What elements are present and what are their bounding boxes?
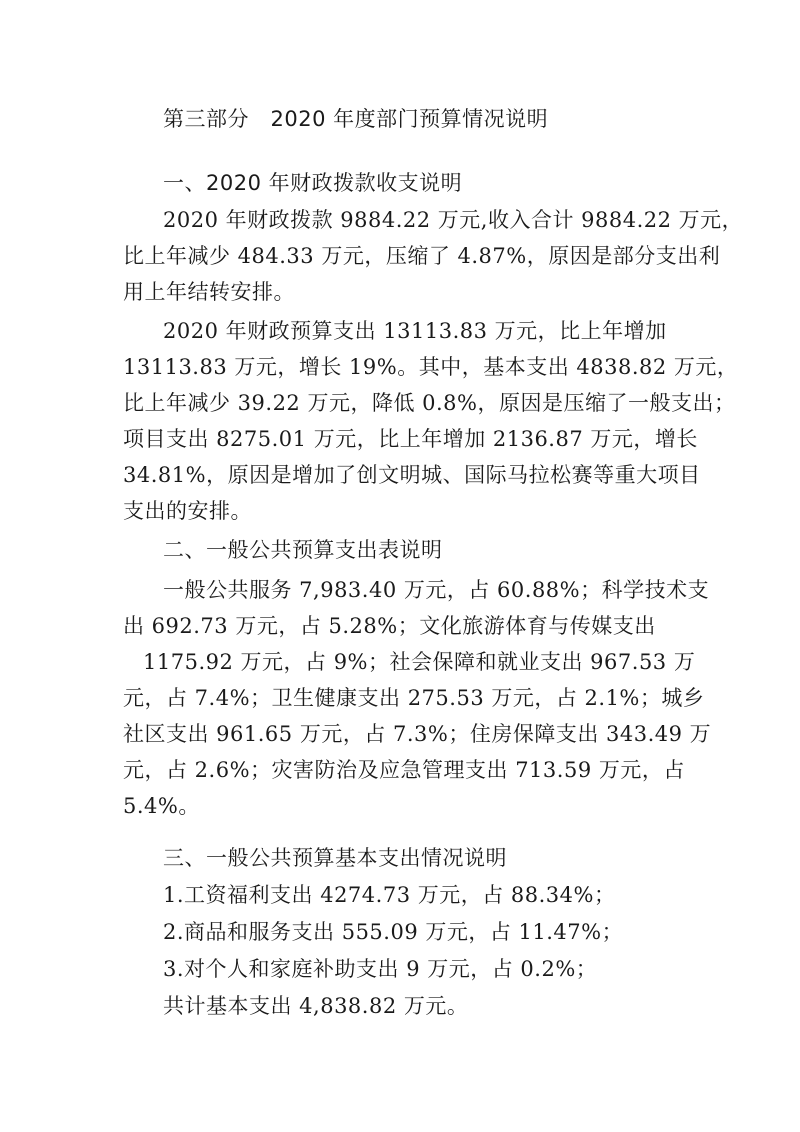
- paragraph-line: 2020 年财政拨款 9884.22 万元,收入合计 9884.22 万元，: [163, 205, 655, 235]
- paragraph-line: 比上年减少 39.22 万元，降低 0.8%，原因是压缩了一般支出；: [123, 388, 655, 418]
- document-title: 第三部分 2020 年度部门预算情况说明: [163, 104, 548, 134]
- paragraph-line: 5.4%。: [123, 791, 200, 821]
- paragraph-line: 元，占 2.6%；灾害防治及应急管理支出 713.59 万元，占: [123, 755, 655, 785]
- paragraph-line: 支出的安排。: [123, 496, 252, 526]
- list-item: 1.工资福利支出 4274.73 万元，占 88.34%；: [163, 880, 615, 910]
- total-line: 共计基本支出 4,838.82 万元。: [163, 991, 468, 1021]
- list-item: 2.商品和服务支出 555.09 万元，占 11.47%；: [163, 917, 623, 947]
- paragraph-line: 34.81%，原因是增加了创文明城、国际马拉松赛等重大项目: [123, 460, 655, 490]
- paragraph-line: 元，占 7.4%；卫生健康支出 275.53 万元，占 2.1%；城乡: [123, 683, 655, 713]
- paragraph-line: 项目支出 8275.01 万元，比上年增加 2136.87 万元，增长: [123, 424, 655, 454]
- paragraph-line: 一般公共服务 7,983.40 万元，占 60.88%；科学技术支: [163, 575, 655, 605]
- section-heading-2: 二、一般公共预算支出表说明: [163, 535, 443, 565]
- paragraph-line: 出 692.73 万元，占 5.28%；文化旅游体育与传媒支出: [123, 611, 655, 641]
- paragraph-line: 2020 年财政预算支出 13113.83 万元，比上年增加: [163, 316, 655, 346]
- paragraph-line: 13113.83 万元，增长 19%。其中，基本支出 4838.82 万元，: [123, 352, 655, 382]
- section-heading-3: 三、一般公共预算基本支出情况说明: [163, 843, 507, 873]
- paragraph-line: 社区支出 961.65 万元，占 7.3%；住房保障支出 343.49 万: [123, 719, 655, 749]
- list-item: 3.对个人和家庭补助支出 9 万元，占 0.2%；: [163, 954, 597, 984]
- paragraph-line: 比上年减少 484.33 万元，压缩了 4.87%，原因是部分支出利: [123, 241, 655, 271]
- paragraph-line: 用上年结转安排。: [123, 277, 295, 307]
- document-page: 第三部分 2020 年度部门预算情况说明 一、2020 年财政拨款收支说明 20…: [0, 0, 800, 1132]
- section-heading-1: 一、2020 年财政拨款收支说明: [163, 168, 462, 198]
- paragraph-line: 1175.92 万元，占 9%；社会保障和就业支出 967.53 万: [143, 647, 655, 677]
